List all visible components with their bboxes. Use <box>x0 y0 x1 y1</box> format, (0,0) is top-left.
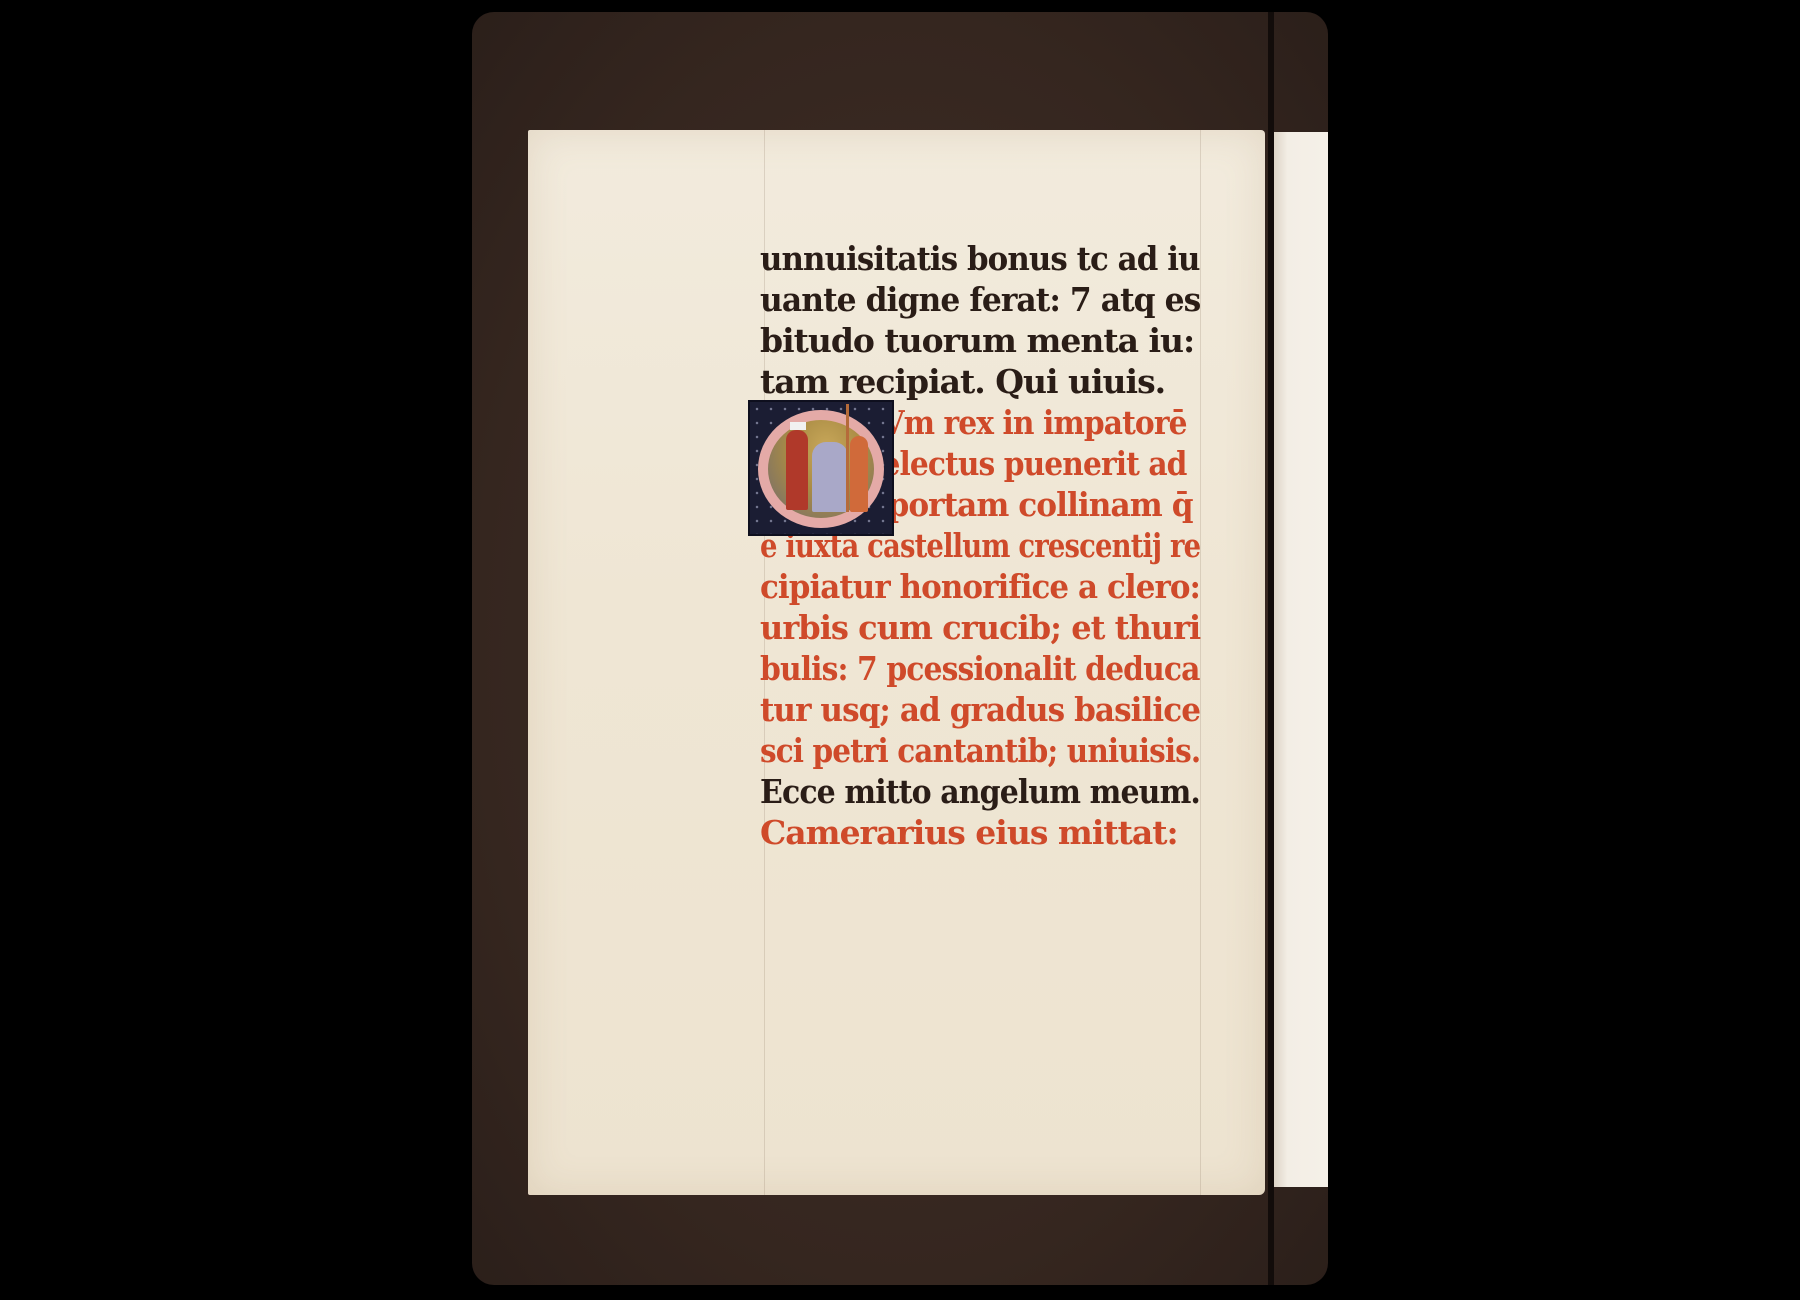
rubric-line: urbis cum crucib; et thuri <box>760 607 1187 648</box>
cleric-figure <box>850 436 868 512</box>
rubric-line: Camerarius eius mittat: <box>760 812 1200 853</box>
processional-cross <box>846 404 849 512</box>
rubric-line: bulis: 7 pcessionalit deduca <box>760 648 1158 689</box>
text-line: unnuisitatis bonus tc ad iu <box>760 238 1172 279</box>
kneeling-figure <box>812 442 848 512</box>
rubric-line: sci petri cantantib; uniuisis. <box>760 730 1153 771</box>
rubric-line: tur usq; ad gradus basilice <box>760 689 1175 730</box>
text-line: tam recipiat. Qui uiuis. <box>760 361 1200 402</box>
manuscript-text-block: unnuisitatis bonus tc ad iu uante digne … <box>760 238 1200 853</box>
illuminated-initial <box>748 400 894 536</box>
rubric-line: cipiatur honorifice a clero: <box>760 566 1173 607</box>
text-line: bitudo tuorum menta iu: <box>760 320 1200 361</box>
text-line: Ecce mitto angelum meum. <box>760 771 1160 812</box>
ruling-line-right <box>1200 130 1201 1195</box>
crown-icon <box>790 422 806 430</box>
crowned-figure <box>786 430 808 510</box>
manuscript-page-recto-edge <box>1274 132 1328 1187</box>
text-line: uante digne ferat: 7 atq es <box>760 279 1178 320</box>
